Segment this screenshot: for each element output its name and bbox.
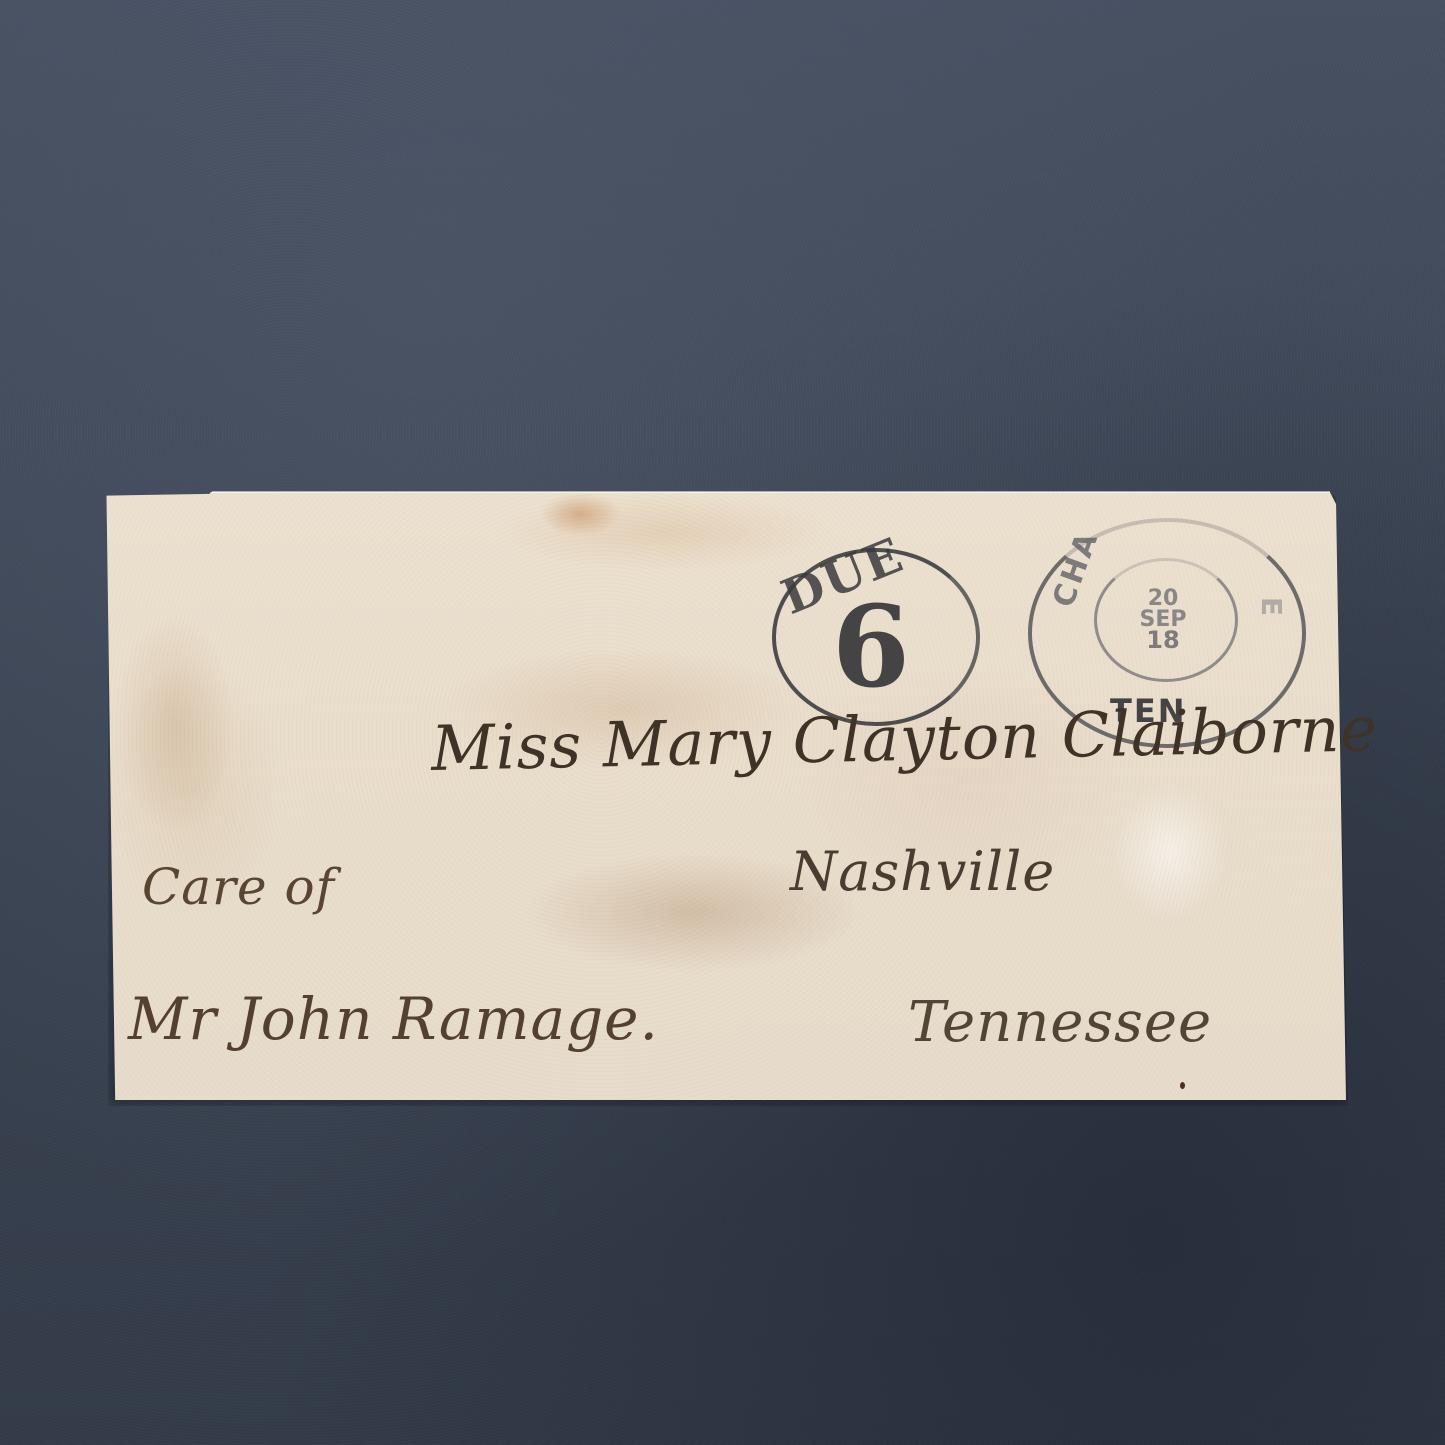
recipient-city: Nashville (790, 840, 1055, 903)
care-of-label: Care of (142, 858, 335, 916)
postmark-date: 20 SEP 18 (1128, 588, 1198, 651)
care-of-name: Mr John Ramage. (128, 985, 659, 1053)
paper-top-edge (212, 491, 1330, 493)
postmark-year: 18 (1128, 630, 1198, 651)
recipient-state: Tennessee (908, 990, 1212, 1055)
due-handstamp-amount: 6 (832, 592, 910, 704)
ink-spot (1180, 1082, 1185, 1089)
postal-cover: DUE 6 CHA E 20 SEP 18 TEN Miss Mary Clay… (0, 0, 1445, 1445)
postmark-town-end: E (1255, 597, 1288, 616)
postmark-day: 20 (1128, 588, 1198, 609)
